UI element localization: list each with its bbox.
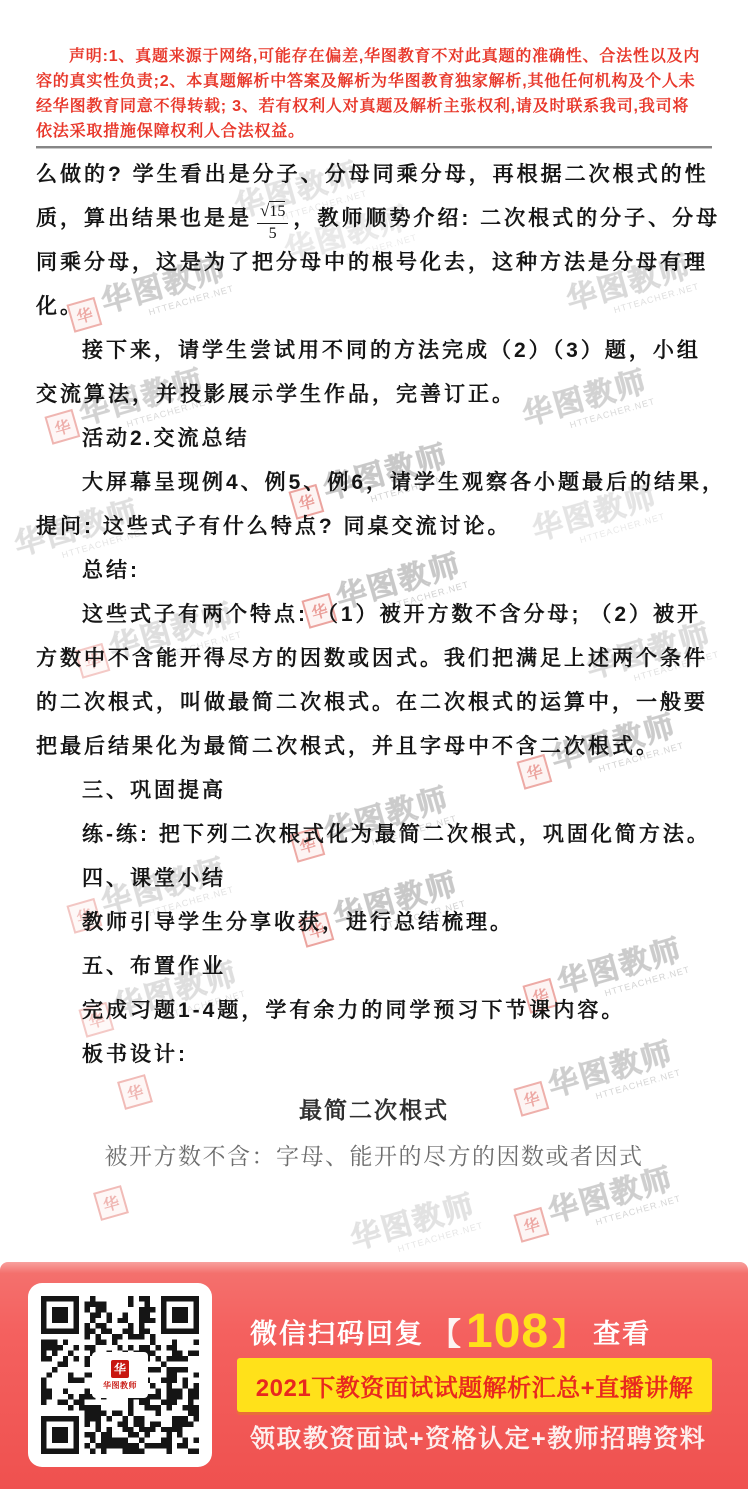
banner-line1-prefix: 微信扫码回复 xyxy=(250,1312,424,1351)
doc-line: 这些式子有两个特点: （1）被开方数不含分母; （2）被开 xyxy=(36,593,712,637)
doc-line: 教师引导学生分享收获，进行总结梳理。 xyxy=(36,901,712,945)
doc-line: 四、课堂小结 xyxy=(36,857,712,901)
qr-logo-label: 华图教师 xyxy=(103,1380,137,1391)
doc-line: 练-练: 把下列二次根式化为最简二次根式，巩固化简方法。 xyxy=(36,813,712,857)
document-body: 么做的? 学生看出是分子、分母同乘分母，再根据二次根式的性质，算出结果也是是√1… xyxy=(36,153,712,1077)
huatu-logo-icon: 华 xyxy=(513,1207,549,1243)
board-title: 最简二次根式 xyxy=(0,1092,748,1125)
doc-line: 五、布置作业 xyxy=(36,945,712,989)
watermark: 华华图教师HTTEACHER.NET xyxy=(512,1163,682,1248)
doc-line: 总结: xyxy=(36,549,712,593)
doc-line: 三、巩固提高 xyxy=(36,769,712,813)
doc-line: 完成习题1-4题，学有余力的同学预习下节课内容。 xyxy=(36,989,712,1033)
doc-line: 的二次根式，叫做最简二次根式。在二次根式的运算中，一般要 xyxy=(36,681,712,725)
promo-banner[interactable]: 华 华图教师 微信扫码回复 【 108 】 查看 2021下教资面试试题解析汇总… xyxy=(0,1262,748,1489)
disclaimer-line: 声明:1、真题来源于网络,可能存在偏差,华图教育不对此真题的准确性、合法性以及内 xyxy=(36,44,712,69)
watermark-text: 华图教师 xyxy=(545,1163,679,1228)
watermark: 华 xyxy=(93,1185,129,1221)
disclaimer-line: 依法采取措施保障权利人合法权益。 xyxy=(36,119,712,144)
banner-line1: 微信扫码回复 【 108 】 查看 xyxy=(250,1304,651,1358)
qr-center-badge: 华 华图教师 xyxy=(92,1352,148,1398)
watermark-subtext: HTTEACHER.NET xyxy=(554,1193,682,1239)
doc-line: 板书设计: xyxy=(36,1033,712,1077)
doc-line: 接下来，请学生尝试用不同的方法完成（2）（3）题，小组 xyxy=(36,329,712,373)
watermark-subtext: HTTEACHER.NET xyxy=(356,1220,484,1266)
document-page: 声明:1、真题来源于网络,可能存在偏差,华图教育不对此真题的准确性、合法性以及内… xyxy=(0,0,748,1489)
banner-line1-suffix: 查看 xyxy=(593,1312,651,1351)
watermark: 华图教师HTTEACHER.NET xyxy=(348,1190,485,1265)
doc-line: 提问: 这些式子有什么特点? 同桌交流讨论。 xyxy=(36,505,712,549)
board-subtitle: 被开方数不含：字母、能开的尽方的因数或者因式 xyxy=(0,1138,748,1171)
watermark-text: 华图教师 xyxy=(348,1190,482,1255)
qr-card: 华 华图教师 xyxy=(28,1283,212,1467)
disclaimer-line: 经华图教育同意不得转载; 3、若有权利人对真题及解析主张权利,请及时联系我司,我… xyxy=(36,94,712,119)
huatu-logo-icon: 华 xyxy=(93,1185,129,1221)
disclaimer-line: 容的真实性负责;2、本真题解析中答案及解析为华图教育独家解析,其他任何机构及个人… xyxy=(36,69,712,94)
huatu-logo-icon: 华 xyxy=(111,1360,129,1378)
banner-highlight-box: 2021下教资面试试题解析汇总+直播讲解 xyxy=(237,1358,712,1412)
disclaimer: 声明:1、真题来源于网络,可能存在偏差,华图教育不对此真题的准确性、合法性以及内… xyxy=(36,44,712,144)
doc-line: 大屏幕呈现例4、例5、例6，请学生观察各小题最后的结果， xyxy=(36,461,712,505)
bracket-close: 】 xyxy=(552,1309,585,1354)
doc-line: 质，算出结果也是是√155，教师顺势介绍: 二次根式的分子、分母 xyxy=(36,197,712,241)
disclaimer-underline xyxy=(36,146,712,148)
banner-line3: 领取教资面试+资格认定+教师招聘资料 xyxy=(250,1414,706,1460)
doc-line: 交流算法，并投影展示学生作品，完善订正。 xyxy=(36,373,712,417)
doc-line: 方数中不含能开得尽方的因数或因式。我们把满足上述两个条件 xyxy=(36,637,712,681)
doc-line: 把最后结果化为最简二次根式，并且字母中不含二次根式。 xyxy=(36,725,712,769)
doc-line: 化。 xyxy=(36,285,712,329)
disclaimer-prefix: 声明: xyxy=(69,48,109,65)
doc-line: 么做的? 学生看出是分子、分母同乘分母，再根据二次根式的性 xyxy=(36,153,712,197)
reply-code: 108 xyxy=(466,1304,549,1359)
doc-line: 同乘分母，这是为了把分母中的根号化去，这种方法是分母有理 xyxy=(36,241,712,285)
sqrt-fraction: √155 xyxy=(257,201,288,243)
bracket-open: 【 xyxy=(430,1309,463,1354)
doc-line: 活动2.交流总结 xyxy=(36,417,712,461)
